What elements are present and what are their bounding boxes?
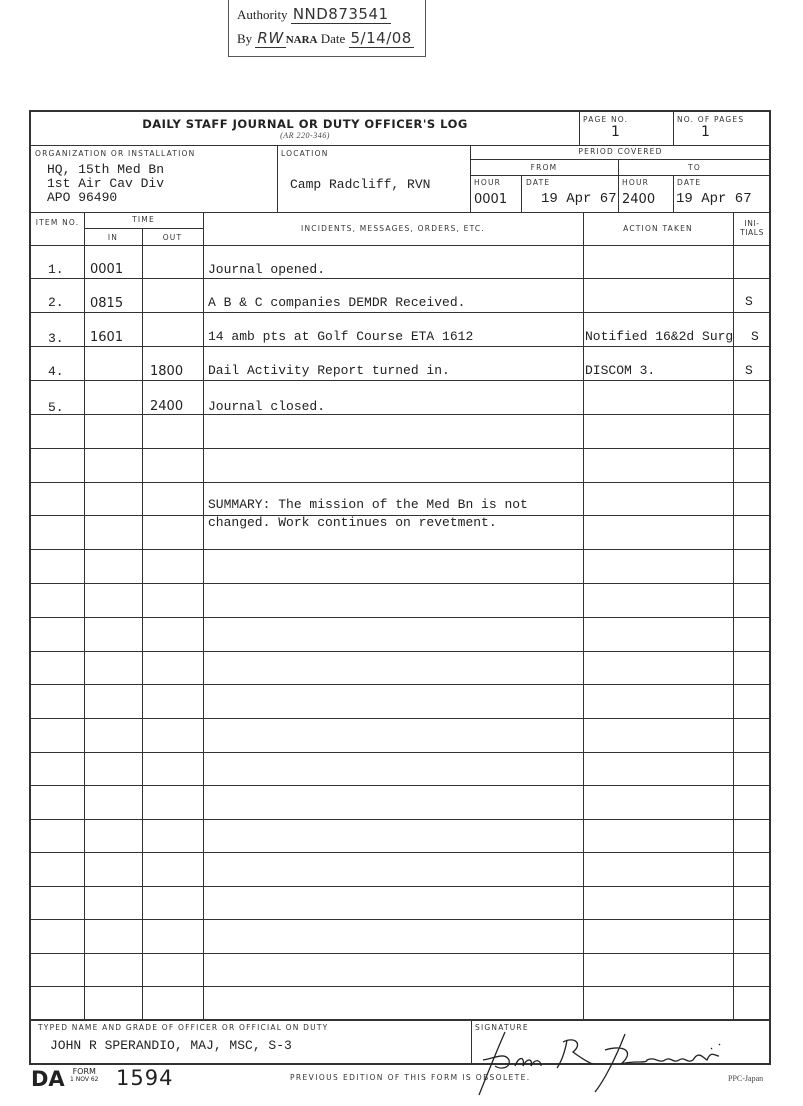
to-date-label: DATE	[677, 178, 701, 187]
form-regulation: (AR 220-346)	[31, 131, 579, 140]
organization-value: HQ, 15th Med Bn 1st Air Cav Div APO 9649…	[47, 163, 164, 205]
officer-name-label: TYPED NAME AND GRADE OF OFFICER OR OFFIC…	[38, 1023, 328, 1032]
stamp-date-label: Date	[321, 31, 346, 46]
staff-journal-form: DAILY STAFF JOURNAL OR DUTY OFFICER'S LO…	[29, 110, 771, 1065]
from-hour-value: 0001	[474, 192, 507, 207]
row-incident: 14 amb pts at Golf Course ETA 1612	[208, 329, 473, 344]
row-item-no: 3.	[48, 331, 64, 346]
organization-line-3: APO 96490	[47, 191, 164, 205]
summary-line-1: SUMMARY: The mission of the Med Bn is no…	[208, 496, 528, 514]
organization-line-1: HQ, 15th Med Bn	[47, 163, 164, 177]
stamp-authority-value: NND873541	[291, 5, 391, 24]
row-incident: Journal opened.	[208, 262, 325, 277]
from-hour-label: HOUR	[474, 178, 501, 187]
header-incidents: INCIDENTS, MESSAGES, ORDERS, ETC.	[203, 224, 583, 233]
form-agency: DA	[31, 1067, 65, 1091]
to-date-value: 19 Apr 67	[676, 191, 752, 207]
stamp-by-initials: RW	[255, 29, 285, 48]
header-item-no: ITEM NO.	[31, 218, 84, 228]
row-item-no: 2.	[48, 295, 64, 310]
row-incident: Journal closed.	[208, 399, 325, 414]
to-hour-label: HOUR	[622, 178, 649, 187]
form-edition: FORM 1 NOV 62	[70, 1068, 98, 1084]
header-time-in: IN	[84, 233, 142, 242]
header-initials: INI- TIALS	[733, 219, 771, 237]
header-action-taken: ACTION TAKEN	[583, 224, 733, 233]
from-date-value: 19 Apr 67	[541, 191, 617, 207]
row-time-in: 0815	[90, 296, 123, 311]
stamp-by-label: By	[237, 31, 252, 46]
row-initials: S	[751, 329, 759, 344]
summary-line-2: changed. Work continues on revetment.	[208, 514, 528, 532]
row-item-no: 4.	[48, 364, 64, 379]
row-action-taken: Notified 16&2d Surg	[585, 329, 733, 344]
to-hour-value: 2400	[622, 192, 655, 207]
form-title: DAILY STAFF JOURNAL OR DUTY OFFICER'S LO…	[31, 117, 579, 131]
stamp-date-value: 5/14/08	[349, 29, 414, 48]
organization-line-2: 1st Air Cav Div	[47, 177, 164, 191]
page-no-label: PAGE NO.	[583, 115, 628, 124]
row-incident: Dail Activity Report turned in.	[208, 363, 450, 378]
no-of-pages-value: 1	[701, 124, 710, 140]
row-item-no: 5.	[48, 400, 64, 415]
organization-label: ORGANIZATION OR INSTALLATION	[35, 149, 195, 158]
form-date: 1 NOV 62	[70, 1076, 98, 1084]
journal-summary: SUMMARY: The mission of the Med Bn is no…	[208, 496, 528, 532]
row-action-taken: DISCOM 3.	[585, 363, 655, 378]
header-time-out: OUT	[142, 233, 203, 242]
stamp-org: NARA	[286, 34, 318, 46]
form-number: 1594	[116, 1066, 173, 1090]
row-incident: A B & C companies DEMDR Received.	[208, 295, 465, 310]
location-value: Camp Radcliff, RVN	[290, 177, 430, 192]
row-time-out: 1800	[150, 364, 183, 379]
stamp-by-line: By RWNARA Date 5/14/08	[237, 29, 414, 47]
location-label: LOCATION	[281, 149, 329, 158]
period-covered-label: PERIOD COVERED	[470, 147, 771, 156]
row-time-in: 0001	[90, 262, 123, 277]
officer-signature: John R Sperandio	[475, 1020, 745, 1100]
page-no-value: 1	[611, 124, 620, 140]
period-from-label: FROM	[470, 163, 618, 172]
stamp-authority-label: Authority	[237, 7, 288, 22]
officer-name-value: JOHN R SPERANDIO, MAJ, MSC, S-3	[50, 1038, 292, 1053]
row-initials: S	[745, 363, 753, 378]
row-time-out: 2400	[150, 399, 183, 414]
row-time-in: 1601	[90, 330, 123, 345]
row-initials: S	[745, 294, 753, 309]
header-time: TIME	[84, 215, 203, 224]
period-to-label: TO	[618, 163, 771, 172]
declassification-stamp: Authority NND873541 By RWNARA Date 5/14/…	[228, 0, 426, 57]
previous-edition-notice: PREVIOUS EDITION OF THIS FORM IS OBSOLET…	[290, 1073, 531, 1082]
printer-mark: PPC-Japan	[728, 1074, 763, 1083]
from-date-label: DATE	[526, 178, 550, 187]
row-item-no: 1.	[48, 262, 64, 277]
no-of-pages-label: NO. OF PAGES	[677, 115, 744, 124]
form-word: FORM	[70, 1068, 98, 1076]
stamp-authority-line: Authority NND873541	[237, 5, 391, 23]
